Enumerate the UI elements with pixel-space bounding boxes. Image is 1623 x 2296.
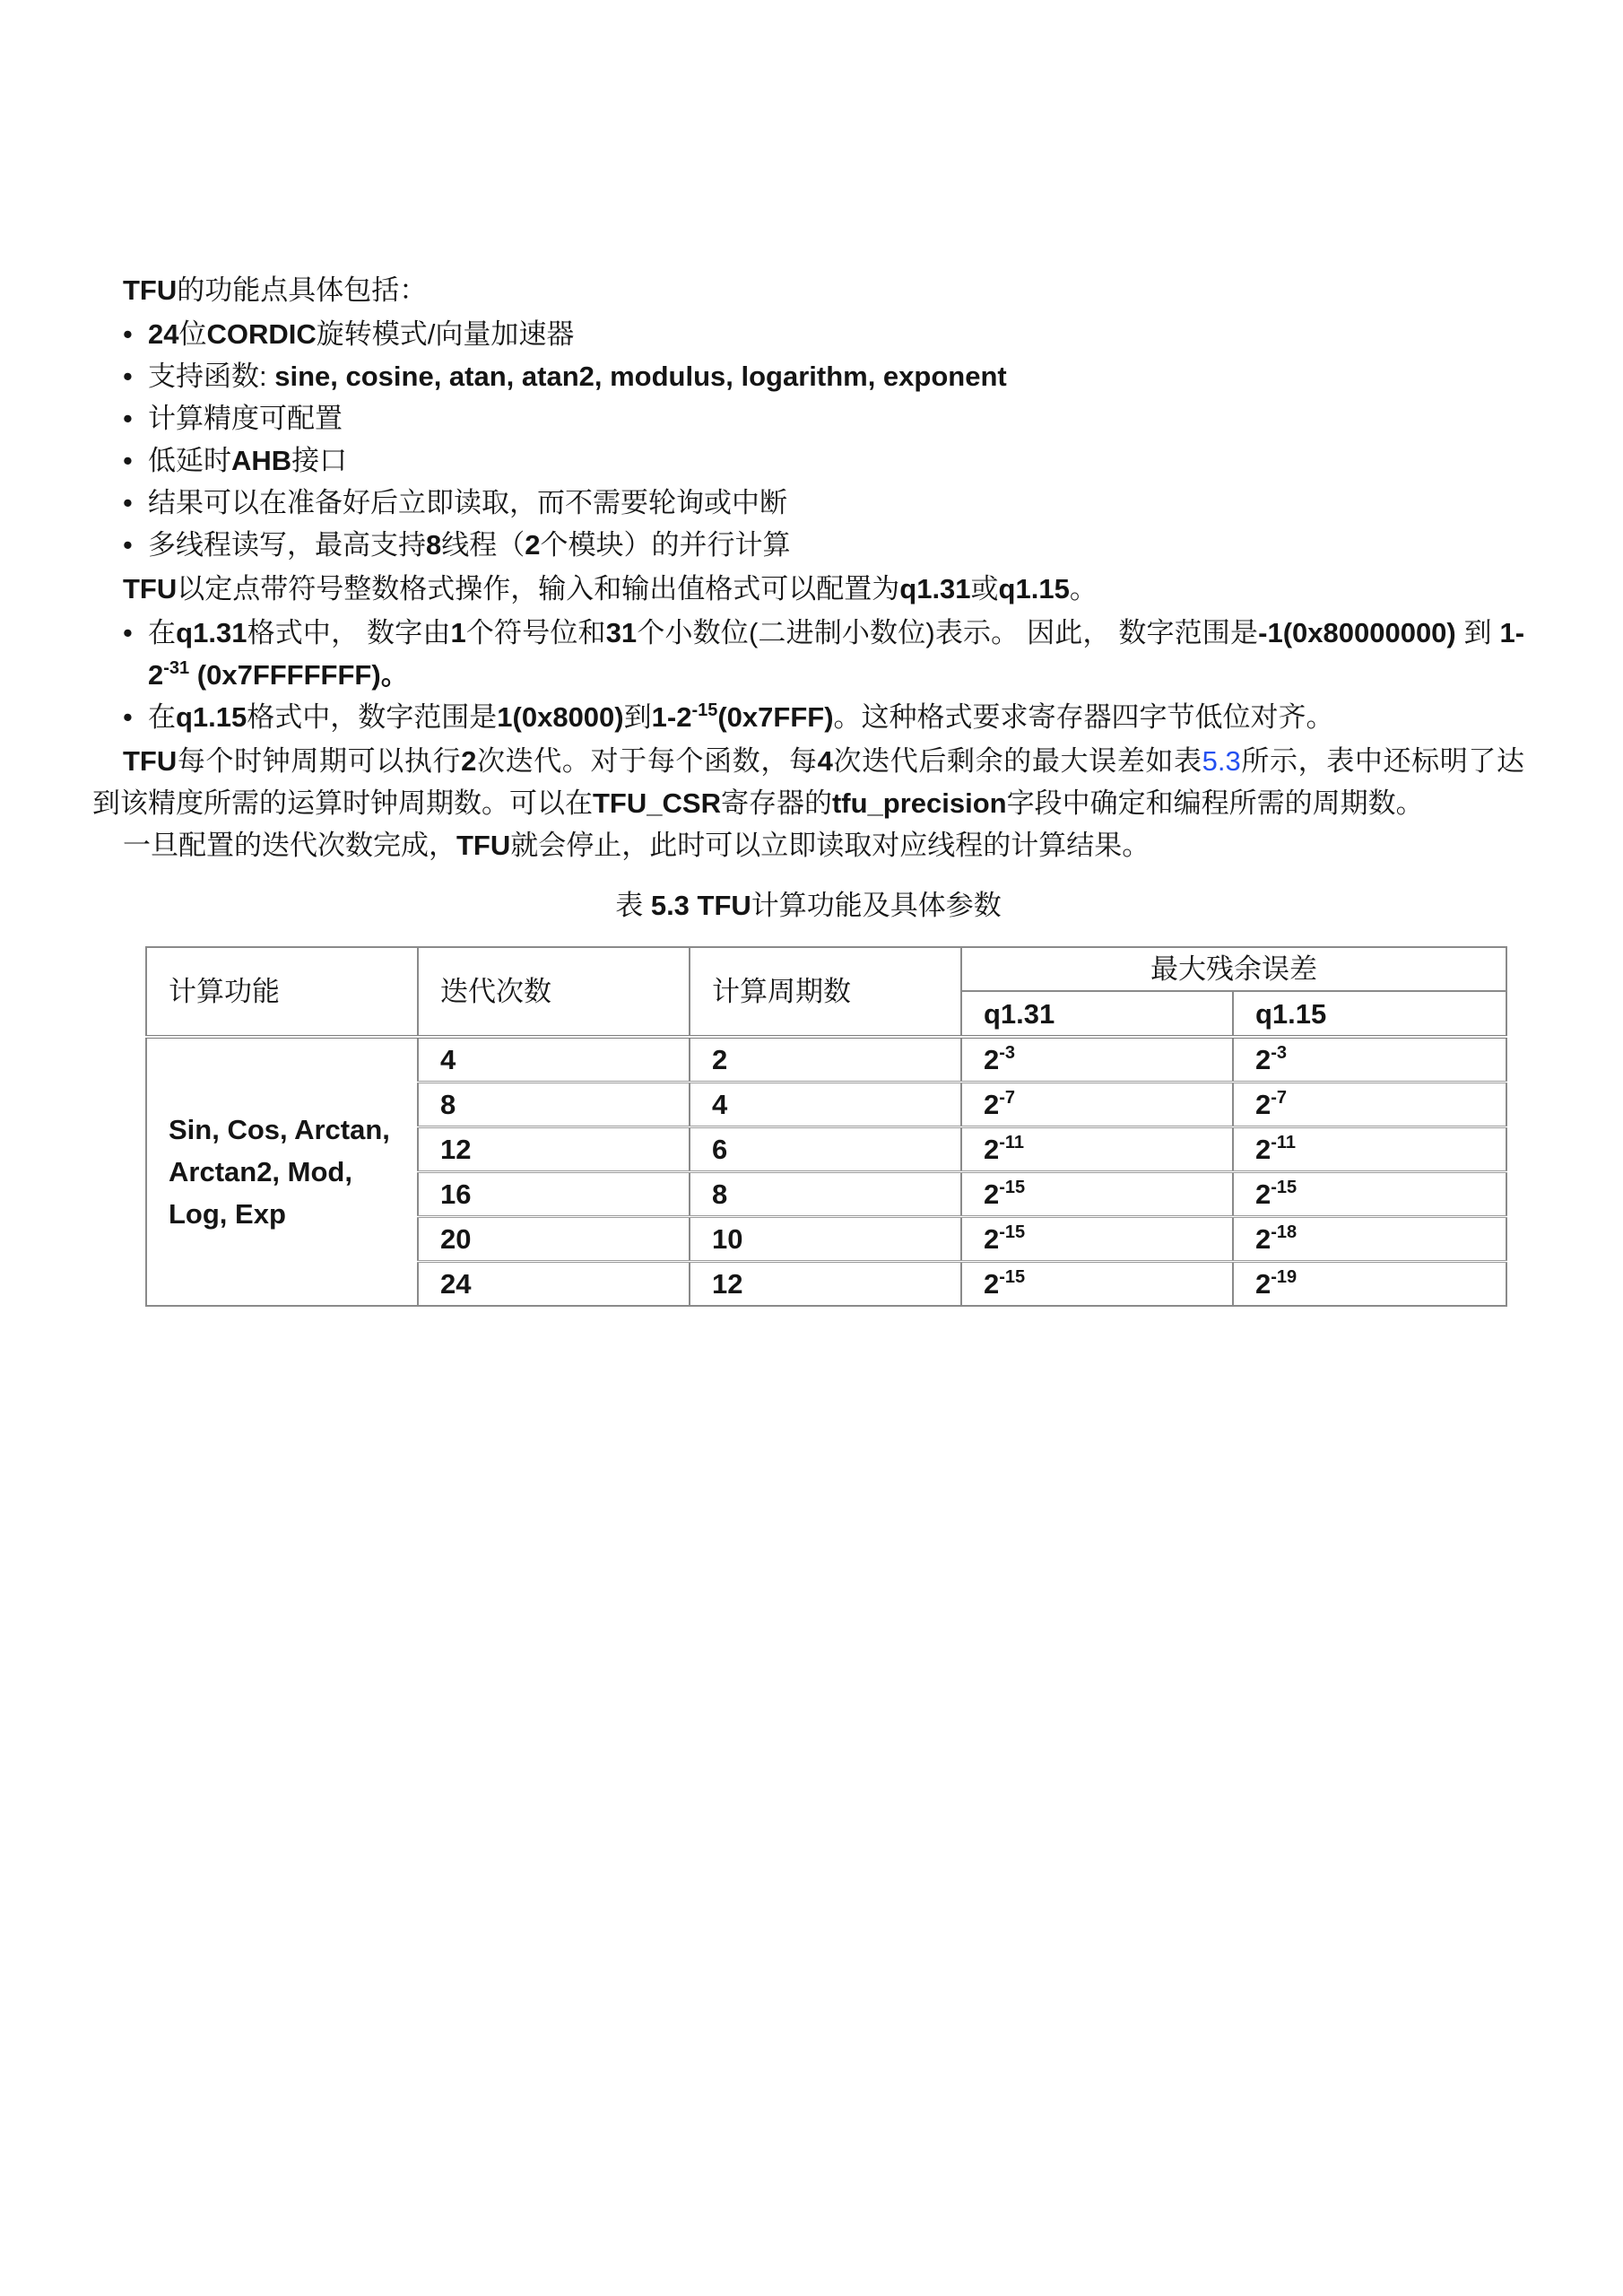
q115-error-cell: 2-11: [1233, 1127, 1506, 1172]
format-list: 在q1.31格式中， 数字由1个符号位和31个小数位(二进制小数位)表示。 因此…: [92, 612, 1524, 738]
table-row: Sin, Cos, Arctan, Arctan2, Mod, Log, Exp…: [146, 1037, 1506, 1083]
q115-error-cell: 2-7: [1233, 1083, 1506, 1127]
iterations-cell: 24: [418, 1262, 690, 1307]
tfu-parameters-table: 计算功能 迭代次数 计算周期数 最大残余误差 q1.31 q1.15 Sin, …: [145, 946, 1507, 1307]
q131-error-cell: 2-15: [961, 1172, 1233, 1217]
feature-item-read: 结果可以在准备好后立即读取，而不需要轮询或中断: [148, 482, 1524, 524]
iterations-cell: 12: [418, 1127, 690, 1172]
q131-error-cell: 2-3: [961, 1037, 1233, 1083]
q115-error-cell: 2-18: [1233, 1217, 1506, 1262]
col-header-max-error: 最大残余误差: [961, 947, 1506, 991]
cycles-cell: 8: [690, 1172, 961, 1217]
col-header-function: 计算功能: [146, 947, 418, 1037]
q115-error-cell: 2-19: [1233, 1262, 1506, 1307]
col-header-cycles: 计算周期数: [690, 947, 961, 1037]
intro-paragraph: TFU的功能点具体包括：: [92, 269, 1524, 311]
q131-error-cell: 2-15: [961, 1262, 1233, 1307]
feature-item-ahb: 低延时AHB接口: [148, 439, 1524, 482]
col-header-q131: q1.31: [961, 991, 1233, 1037]
q115-error-cell: 2-15: [1233, 1172, 1506, 1217]
feature-item-threads: 多线程读写，最高支持8线程（2个模块）的并行计算: [148, 524, 1524, 566]
format-item-q115: 在q1.15格式中，数字范围是1(0x8000)到1-2-15(0x7FFF)。…: [148, 696, 1524, 738]
document-page: { "page": { "background": "#ffffff", "te…: [0, 0, 1623, 2296]
table-ref-link[interactable]: 5.3: [1202, 745, 1241, 777]
iterations-cell: 20: [418, 1217, 690, 1262]
iterations-paragraph: TFU每个时钟周期可以执行2次迭代。对于每个函数，每4次迭代后剩余的最大误差如表…: [92, 740, 1524, 824]
col-header-q115: q1.15: [1233, 991, 1506, 1037]
q131-error-cell: 2-7: [961, 1083, 1233, 1127]
q131-error-cell: 2-11: [961, 1127, 1233, 1172]
table-header-row-1: 计算功能 迭代次数 计算周期数 最大残余误差: [146, 947, 1506, 991]
feature-item-precision: 计算精度可配置: [148, 397, 1524, 439]
cycles-cell: 2: [690, 1037, 961, 1083]
col-header-iterations: 迭代次数: [418, 947, 690, 1037]
document-body: TFU的功能点具体包括： 24位CORDIC旋转模式/向量加速器 支持函数: s…: [92, 269, 1524, 1307]
functions-cell: Sin, Cos, Arctan, Arctan2, Mod, Log, Exp: [146, 1037, 418, 1306]
feature-item-cordic: 24位CORDIC旋转模式/向量加速器: [148, 313, 1524, 355]
format-intro-paragraph: TFU以定点带符号整数格式操作，输入和输出值格式可以配置为q1.31或q1.15…: [92, 568, 1524, 610]
q115-error-cell: 2-3: [1233, 1037, 1506, 1083]
table-caption: 表 5.3 TFU计算功能及具体参数: [92, 884, 1524, 926]
iterations-cell: 4: [418, 1037, 690, 1083]
q131-error-cell: 2-15: [961, 1217, 1233, 1262]
cycles-cell: 12: [690, 1262, 961, 1307]
cycles-cell: 4: [690, 1083, 961, 1127]
iterations-cell: 16: [418, 1172, 690, 1217]
feature-item-functions: 支持函数: sine, cosine, atan, atan2, modulus…: [148, 355, 1524, 397]
cycles-cell: 10: [690, 1217, 961, 1262]
cycles-cell: 6: [690, 1127, 961, 1172]
halt-paragraph: 一旦配置的迭代次数完成，TFU就会停止，此时可以立即读取对应线程的计算结果。: [92, 824, 1524, 866]
format-item-q131: 在q1.31格式中， 数字由1个符号位和31个小数位(二进制小数位)表示。 因此…: [148, 612, 1524, 696]
iterations-cell: 8: [418, 1083, 690, 1127]
feature-list: 24位CORDIC旋转模式/向量加速器 支持函数: sine, cosine, …: [92, 313, 1524, 566]
